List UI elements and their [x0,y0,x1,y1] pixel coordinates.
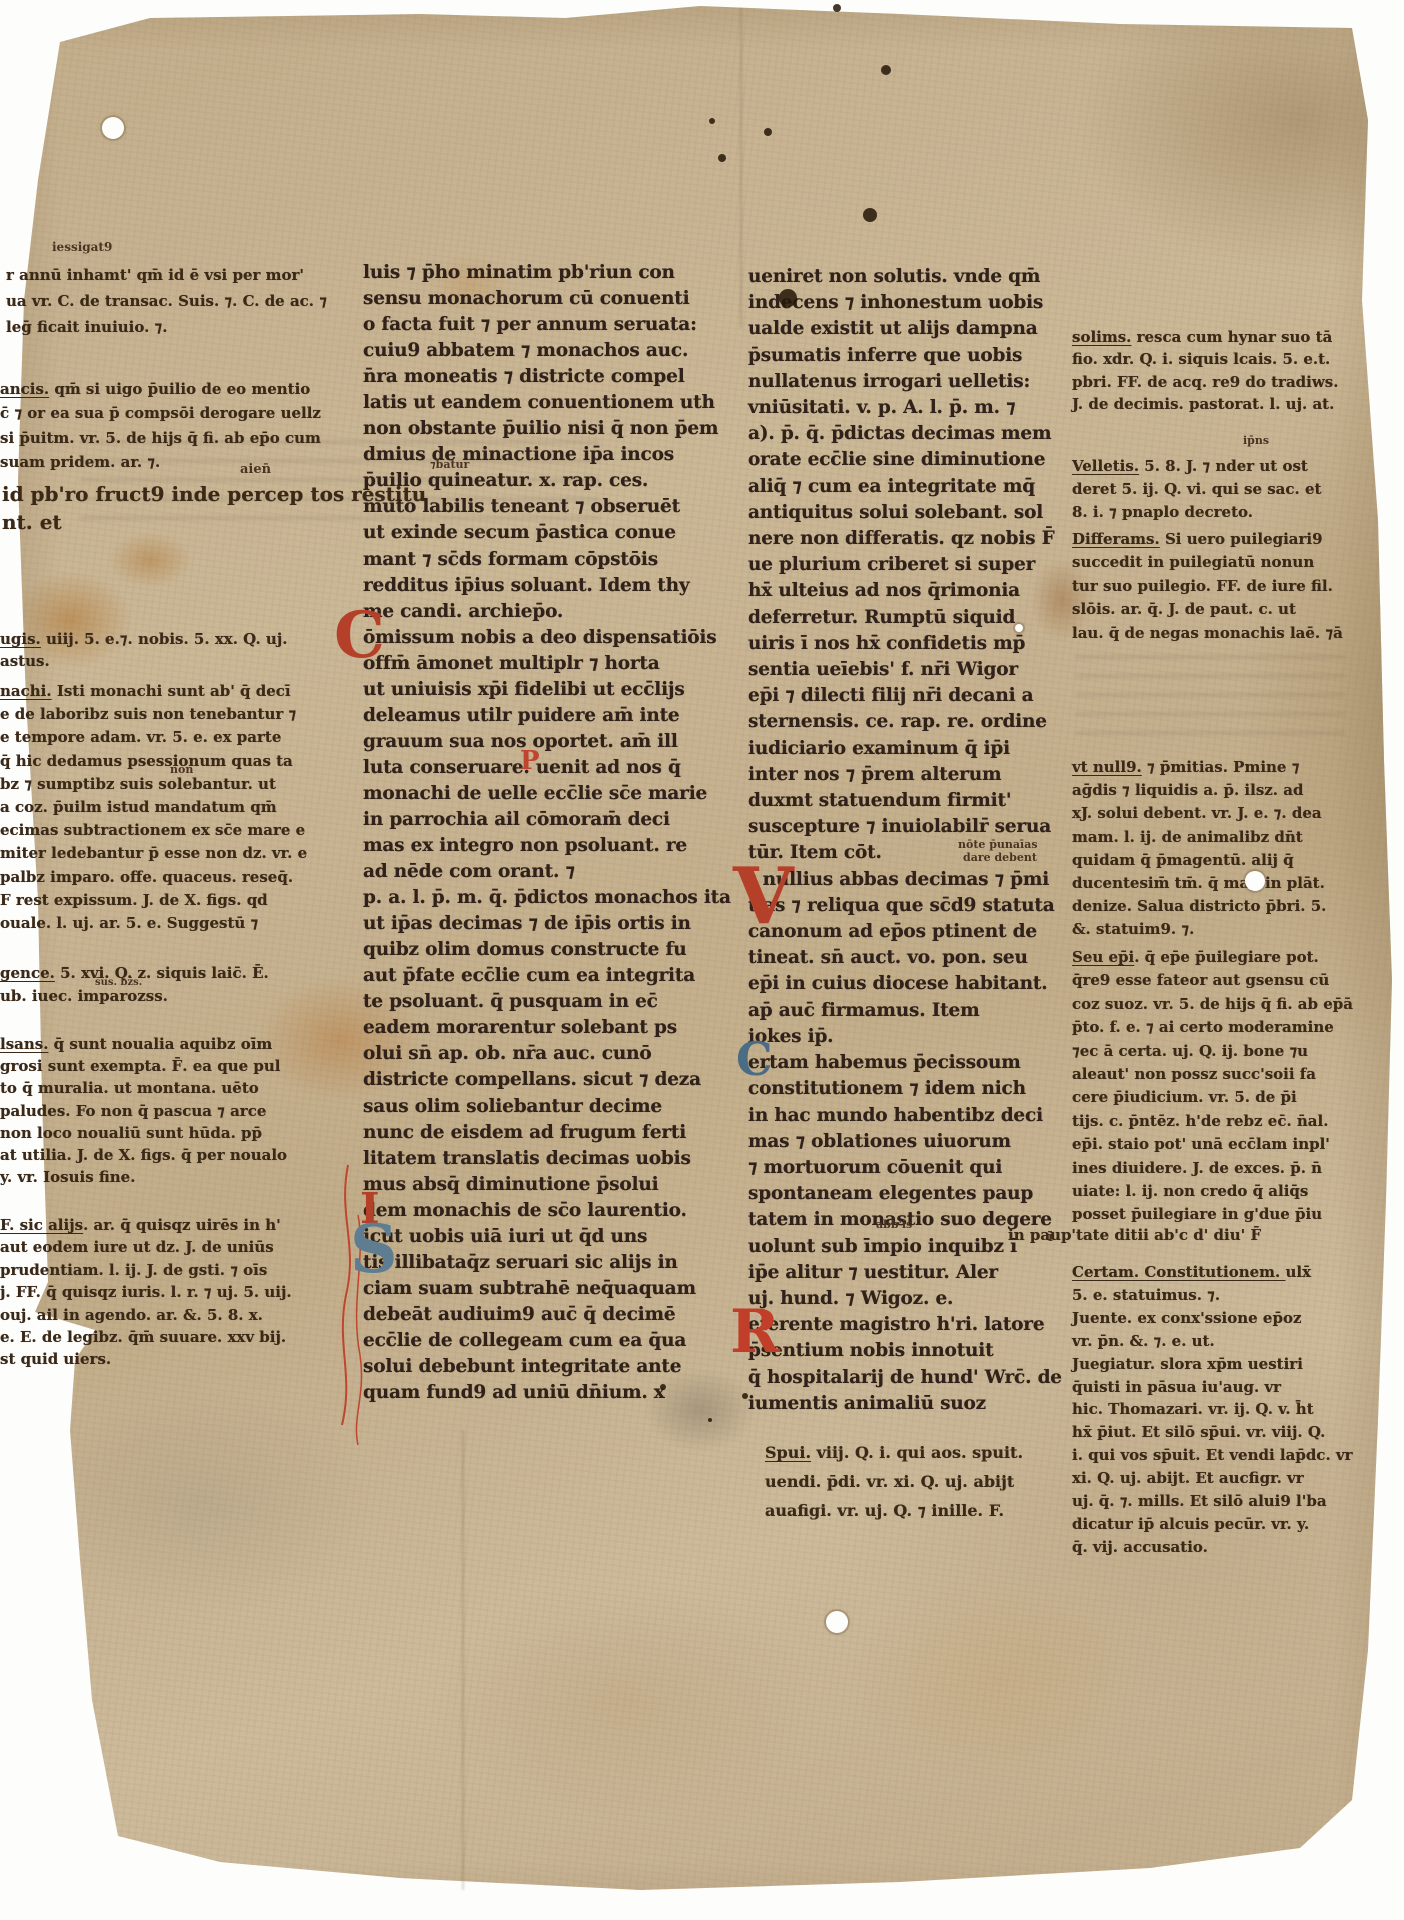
text-line: miter ledebantur p̄ esse non dz. vr. e [0,842,300,865]
text-line: &. statuim9. ⁊. [1072,918,1382,941]
text-line: ut uniuisis xp̄i fidelibi ut ecc̄lijs [363,677,745,703]
text-line: Certam. Constitutionem. ulx̄ [1072,1261,1392,1284]
text-line: nere non differatis. qz nobis F̄ [748,526,1048,552]
text-line: ueniret non solutis. vnde qm̄ [748,264,1048,290]
ink-dot [708,1418,712,1422]
text-line: sternensis. ce. rap. re. ordine [748,709,1048,735]
text-line: deret 5. ij. Q. vi. qui se sac. et [1072,478,1382,501]
text-line: p̄sumatis inferre que uobis [748,343,1048,369]
text-line: aleaut' non possz succ'soii fa [1072,1063,1382,1086]
interlinear-note: ī [1048,1230,1053,1245]
text-line: uendi. p̄di. vr. xi. Q. uj. abijt [765,1467,1065,1496]
text-line: litatem translatis decimas uobis [363,1146,745,1172]
ink-dot [833,4,841,12]
text-line: grauum sua nos oportet. am̄ ill [363,729,745,755]
left-margin-gloss: ancis. qm̄ si uigo p̄uilio de eo mentioc… [0,377,300,474]
left-margin-gloss: nachi. Isti monachi sunt ab' q̄ decīe de… [0,680,300,935]
text-line: ua vr. C. de transac. Suis. ⁊. C. de ac.… [6,288,306,314]
text-line: ines diuidere. J. de exces. p̄. n̄ [1072,1157,1382,1180]
text-line: mam. l. ij. de animalibz dn̄t [1072,826,1382,849]
text-line: F. sic alijs. ar. q̄ quisqz uirēs in h' [0,1214,310,1236]
text-line: tineat. sn̄ auct. vo. pon. seu [748,945,1048,971]
text-line: y. vr. Iosuis fine. [0,1166,300,1188]
text-line: ugis. uiij. 5. e.⁊. nobis. 5. xx. Q. uj. [0,628,300,650]
ink-dot [764,128,772,136]
interlinear-note: abb'is [876,1218,912,1231]
punch-hole [826,1611,848,1633]
text-line: constitutionem ⁊ idem nich [748,1076,1048,1102]
text-line: hx̄ ulteius ad nos q̄rimonia [748,578,1048,604]
ink-dot [779,289,797,307]
text-line: tur suo puilegio. FF. de iure fil. [1072,575,1382,598]
text-line: sentia ueīebis' f. nr̄i Wigor [748,657,1048,683]
text-line: quidam q̄ p̄magentū. alij q̄ [1072,849,1382,872]
text-line: deferretur. Rumptū siquid [748,605,1048,631]
text-line: uiate: l. ij. non credo q̄ aliq̄s [1072,1180,1382,1203]
punch-hole [102,117,124,139]
text-line: prudentiam. l. ij. J. de gsti. ⁊ oīs [0,1259,310,1281]
text-line: ut ip̄as decimas ⁊ de ip̄is ortis in [363,911,745,937]
text-line: vr. p̄n. &. ⁊. e. ut. [1072,1330,1392,1353]
mark-p-red: P [520,748,540,774]
text-line: e. E. de legibz. q̄m̄ suuare. xxv bij. [0,1326,310,1348]
text-line: Juente. ex conx'ssione ep̄oz [1072,1307,1392,1330]
text-line: uj. q̄. ⁊. mills. Et silō alui9 l'ba [1072,1490,1392,1513]
text-line: mant ⁊ sc̄ds formam cōpstōis [363,547,745,573]
text-line: in parrochia ail cōmoram̄ deci [363,807,745,833]
text-line: ⁊ mortuorum cōuenit qui [748,1155,1048,1181]
text-line: nunc de eisdem ad frugum ferti [363,1120,745,1146]
text-line: in paup'tate ditii ab'c d' diu' F̄ [1008,1226,1388,1244]
text-line: solui debebunt integritate ante [363,1354,745,1380]
text-line: ertam habemus p̄ecissoum [748,1050,1048,1076]
text-line: uj. hund. ⁊ Wigoz. e. [748,1286,1048,1312]
interlinear-note: iessigat9 [52,240,112,254]
text-line: nt. et [2,508,312,536]
text-line: coz suoz. vr. 5. de hijs q̄ fi. ab ep̄ā [1072,993,1382,1016]
text-line: luta conseruare. uenit ad nos q̄ [363,755,745,781]
text-line: cere p̄iudicium. vr. 5. de p̄i [1072,1086,1382,1109]
text-line: F rest expissum. J. de X. figs. qd [0,889,300,912]
text-line: p̄uilio quineatur. x. rap. ces. [363,468,745,494]
initial-c-blue: C [736,1036,773,1082]
text-line: cuiu9 abbatem ⁊ monachos auc. [363,338,745,364]
text-line: o facta fuit ⁊ per annum seruata: [363,312,745,338]
text-line: uiris ī nos hx̄ confidetis mp̄ [748,631,1048,657]
text-line: ancis. qm̄ si uigo p̄uilio de eo mentio [0,377,300,401]
text-line: ecc̄lie de collegeam cum ea q̄ua [363,1328,745,1354]
text-line: te psoluant. q̄ pusquam in ec̄ [363,989,745,1015]
text-line: ep̄i ⁊ dilecti filij nr̄i decani a [748,683,1048,709]
left-margin-gloss: F. sic alijs. ar. q̄ quisqz uirēs in h'a… [0,1214,310,1371]
text-line: vt null9. ⁊ p̄mitias. Pmine ⁊ [1072,756,1382,779]
text-line: offm̄ āmonet multiplr ⁊ horta [363,651,745,677]
text-line: aḡdis ⁊ liquidis a. p̄. ilsz. ad [1072,779,1382,802]
text-line: e tempore adam. vr. 5. e. ex parte [0,726,300,749]
ink-dot [863,208,877,222]
text-line: iudiciario examinum q̄ ip̄i [748,736,1048,762]
interlinear-note: nōte p̄unaīas [958,838,1038,851]
text-line: ōmissum nobis a deo dispensatiōis [363,625,745,651]
text-line: grosi sunt exempta. F̄. ea que pul [0,1055,300,1077]
interlinear-note: ip̄ns [1243,434,1269,447]
text-line: id pb'ro fruct9 inde percep tos restitu [2,480,312,508]
text-line: ep̄i. staio pot' unā ecc̄lam inpl' [1072,1133,1382,1156]
right-margin-gloss: Seu ep̄i. q̄ ep̄e p̄uilegiare pot.q̄re9 … [1072,946,1382,1227]
text-line: q̄ hic dedamus psessionum quas ta [0,750,300,773]
text-line: denize. Salua districto p̄bri. 5. [1072,895,1382,918]
text-line: xi. Q. uj. abijt. Et aucfigr. vr [1072,1467,1392,1490]
text-line: me candi. archiep̄o. [363,599,745,625]
text-line: i. qui vos sp̄uit. Et vendi lap̄dc. vr [1072,1444,1392,1467]
text-line: at utilia. J. de X. figs. q̄ per noualo [0,1144,300,1166]
text-line: icut uobis uiā iuri ut q̄d uns [363,1224,745,1250]
text-line: vniūsitati. v. p. A. l. p̄. m. ⁊ [748,395,1048,421]
text-line: dmius de minactione ip̄a incos [363,442,745,468]
text-line: solims. resca cum hynar suo tā [1072,326,1382,348]
text-line: uolunt sub īmpio inquibz ī [748,1234,1048,1260]
text-line: muto labilis teneant ⁊ obseruēt [363,494,745,520]
ink-dot [718,154,726,162]
text-line: tijs. c. p̄ntēz. h'de rebz ec̄. n̄al. [1072,1110,1382,1133]
text-line: aut eodem iure ut dz. J. de uniūs [0,1236,310,1258]
ink-dot [881,65,891,75]
text-line: iokes ip̄. [748,1024,1048,1050]
text-line: J. de decimis. pastorat. l. uj. at. [1072,393,1382,415]
text-line: eferente magistro h'ri. latore [748,1312,1048,1338]
text-line: q̄. vij. accusatio. [1072,1536,1392,1559]
left-margin-gloss: gence. 5. xvi. Q. z. siquis laic̄. Ē.ub.… [0,962,300,1008]
text-line: Spui. viij. Q. i. qui aos. spuit. [765,1438,1065,1467]
text-line: ciam suam subtrahē neq̄uaquam [363,1276,745,1302]
text-line: spontaneam elegentes paup [748,1181,1048,1207]
text-line: n̄ra moneatis ⁊ districte compel [363,364,745,390]
vertical-crease [462,1430,464,1890]
text-line: 5. e. statuimus. ⁊. [1072,1284,1392,1307]
text-line: dem monachis de sc̄o laurentio. [363,1198,745,1224]
text-line: ad nēde com orant. ⁊ [363,859,745,885]
left-margin-gloss: id pb'ro fruct9 inde percep tos restitun… [2,480,312,536]
text-line: pbri. FF. de acq. re9 do tradiws. [1072,371,1382,393]
right-margin-gloss: vt null9. ⁊ p̄mitias. Pmine ⁊aḡdis ⁊ liq… [1072,756,1382,942]
text-line: gence. 5. xvi. Q. z. siquis laic̄. Ē. [0,962,300,985]
text-line: astus. [0,650,300,672]
text-line: ualde existit ut alijs dampna [748,316,1048,342]
text-line: q̄re9 esse fateor aut gsensu cū [1072,969,1382,992]
text-line: non loco noualiū sunt hūda. pp̄ [0,1122,300,1144]
text-line: posset p̄uilegiare in g'due p̄iu [1072,1203,1382,1226]
initial-r-red: R [730,1302,780,1362]
text-line: st quid uiers. [0,1348,310,1370]
text-line: districte compellans. sicut ⁊ deza [363,1067,745,1093]
text-line: hic. Thomazari. vr. ij. Q. v. h̄t [1072,1398,1392,1421]
text-line: palbz imparo. offe. quaceus. reseq̄. [0,866,300,889]
text-line: p̄to. f. e. ⁊ ai certo moderamine [1072,1016,1382,1039]
interlinear-note: ⁊batur [430,458,469,471]
punch-hole [1015,624,1023,632]
text-line: in hac mundo habentibz deci [748,1103,1048,1129]
text-line: Differams. Si uero puilegiari9 [1072,528,1382,551]
text-line: fio. xdr. Q. i. siquis lcais. 5. e.t. [1072,348,1382,370]
text-line: eadem morarentur solebant ps [363,1015,745,1041]
text-line: ducentesim̄ tm̄. q̄ maḡ in plāt. [1072,872,1382,895]
left-margin-gloss: ugis. uiij. 5. e.⁊. nobis. 5. xx. Q. uj.… [0,628,300,672]
text-line: duxmt statuendum firmit' [748,788,1048,814]
text-line: iumentis animaliū suoz [748,1391,1048,1417]
interlinear-note: dare debent [963,851,1037,864]
text-line: inter nos ⁊ p̄rem alterum [748,762,1048,788]
ink-dot [709,118,715,124]
text-line: si p̄uitm. vr. 5. de hijs q̄ fi. ab ep̄o… [0,426,300,450]
text-line: dicatur ip̄ alcuis pecūr. vr. y. [1072,1513,1392,1536]
text-line: ouale. l. uj. ar. 5. e. Suggestū ⁊ [0,912,300,935]
text-line: nullatenus irrogari uelletis: [748,369,1048,395]
text-line: ub. iuec. imparozss. [0,985,300,1008]
text-line: debeāt audiuim9 auc̄ q̄ decimē [363,1302,745,1328]
text-line: succedit in puilegiatū nonun [1072,551,1382,574]
text-line: lau. q̄ de negas monachis laē. ⁊ā [1072,622,1382,645]
text-line: a coz. p̄uilm istud mandatum qm̄ [0,796,300,819]
right-margin-gloss: Differams. Si uero puilegiari9succedit i… [1072,528,1382,645]
right-margin-gloss: Velletis. 5. 8. J. ⁊ nder ut ostderet 5.… [1072,455,1382,524]
text-line: nachi. Isti monachi sunt ab' q̄ decī [0,680,300,703]
text-line: orate ecc̄lie sine diminutione [748,447,1048,473]
text-line: sensu monachorum cū conuenti [363,286,745,312]
text-line: q̄uisti in pāsua iu'aug. vr [1072,1376,1392,1399]
right-margin-gloss: Certam. Constitutionem. ulx̄5. e. statui… [1072,1261,1392,1559]
text-line: tis illibataq̄z seruari sic alijs in [363,1250,745,1276]
text-line: antiquitus solui solebant. sol [748,500,1048,526]
initial-u-red: V [733,858,794,936]
text-line: mus absq̄ diminutione p̄solui [363,1172,745,1198]
ink-dot [660,1384,666,1390]
text-line: ⁊ec ā certa. uj. Q. ij. bone ⁊u [1072,1040,1382,1063]
text-line: ip̄e alitur ⁊ uestitur. Aler [748,1260,1048,1286]
text-line: c̄ ⁊ or ea sua p̄ compsōi derogare uellz [0,401,300,425]
text-line: q̄ hospitalarij de hund' Wrc̄. de [748,1365,1048,1391]
ink-dot [742,1393,748,1399]
text-line: redditus ip̄ius soluant. Idem thy [363,573,745,599]
text-line: auafigi. vr. uj. Q. ⁊ inille. F. [765,1496,1065,1525]
interlinear-note: s̄us. bz̄s. [95,977,142,988]
text-line: ep̄i in cuius diocese habitant. [748,971,1048,997]
interlinear-note: non [170,763,193,776]
text-line: latis ut eandem conuentionem uth [363,390,745,416]
left-margin-gloss: lsans. q̄ sunt noualia aquibz oīmgrosi s… [0,1033,300,1188]
text-line: mas ex integro non psoluant. re [363,833,745,859]
text-line: ecimas subtractionem ex sc̄e mare e [0,819,300,842]
text-line: p̄sentium nobis innotuit [748,1338,1048,1364]
text-line: hx̄ p̄iut. Et silō sp̄ui. vr. viij. Q. [1072,1421,1392,1444]
text-line: olui sn̄ ap. ob. nr̄a auc. cunō [363,1041,745,1067]
text-line: quam fund9 ad uniū dn̄ium. x [363,1380,745,1406]
right-margin-gloss: solims. resca cum hynar suo tāfio. xdr. … [1072,326,1382,415]
text-line: to q̄ muralia. ut montana. uēto [0,1077,300,1099]
right-margin-gloss: in paup'tate ditii ab'c d' diu' F̄ [1008,1226,1388,1244]
text-line: bz ⁊ sumptibz suis solebantur. ut [0,773,300,796]
text-line: Velletis. 5. 8. J. ⁊ nder ut ost [1072,455,1382,478]
text-line: monachi de uelle ecc̄lie sc̄e marie [363,781,745,807]
text-line: leḡ ficait inuiuio. ⁊. [6,314,306,340]
text-line: luis ⁊ p̄ho minatim pb'riun con [363,260,745,286]
text-line: j. FF. q̄ quisqz iuris. l. r. ⁊ uj. 5. u… [0,1281,310,1303]
text-line: xJ. solui debent. vr. J. e. ⁊. dea [1072,802,1382,825]
text-line: ue plurium criberet si super [748,552,1048,578]
text-line: ut exinde secum p̄astica conue [363,520,745,546]
punch-hole [1245,871,1265,891]
text-line: non obstante p̄uilio nisi q̄ non p̄em [363,416,745,442]
main-text-column-1: luis ⁊ p̄ho minatim pb'riun consensu mon… [363,260,745,1406]
initial-c-red: C [334,604,385,668]
text-line: slōis. ar. q̄. J. de paut. c. ut [1072,598,1382,621]
text-line: p. a. l. p̄. m. q̄. p̄dictos monachos it… [363,885,745,911]
text-line: aut p̄fate ecc̄lie cum ea integrita [363,963,745,989]
text-line: paludes. Fo non q̄ pascua ⁊ arce [0,1100,300,1122]
text-line: Juegiatur. slora xp̄m uestiri [1072,1353,1392,1376]
left-margin-gloss: r annū inhamt' qm̄ id ē vsi per mor'ua v… [6,262,306,340]
text-line: saus olim soliebantur decime [363,1094,745,1120]
flourish-s-blue: S [350,1216,398,1282]
text-line: lsans. q̄ sunt noualia aquibz oīm [0,1033,300,1055]
text-line: 8. i. ⁊ pnaplo decreto. [1072,501,1382,524]
interlinear-note: aien̄ [240,462,271,477]
text-line: quibz olim domus constructe fu [363,937,745,963]
text-line: a). p̄. q̄. p̄dictas decimas mem [748,421,1048,447]
text-line: deleamus utilr puidere am̄ inte [363,703,745,729]
show-through-text [1075,640,1345,745]
text-line: aliq̄ ⁊ cum ea integritate mq̄ [748,474,1048,500]
bottom-gloss-block: Spui. viij. Q. i. qui aos. spuit.uendi. … [765,1438,1065,1525]
text-line: r annū inhamt' qm̄ id ē vsi per mor' [6,262,306,288]
text-line: mas ⁊ oblationes uiuorum [748,1129,1048,1155]
text-line: Seu ep̄i. q̄ ep̄e p̄uilegiare pot. [1072,946,1382,969]
text-line: ouj. ail in agendo. ar. &. 5. 8. x. [0,1304,310,1326]
text-line: ap̄ auc̄ firmamus. Item [748,998,1048,1024]
text-line: e de laboribz suis non tenebantur ⁊ [0,703,300,726]
text-line: suscepture ⁊ inuiolabilr̄ serua [748,814,1048,840]
